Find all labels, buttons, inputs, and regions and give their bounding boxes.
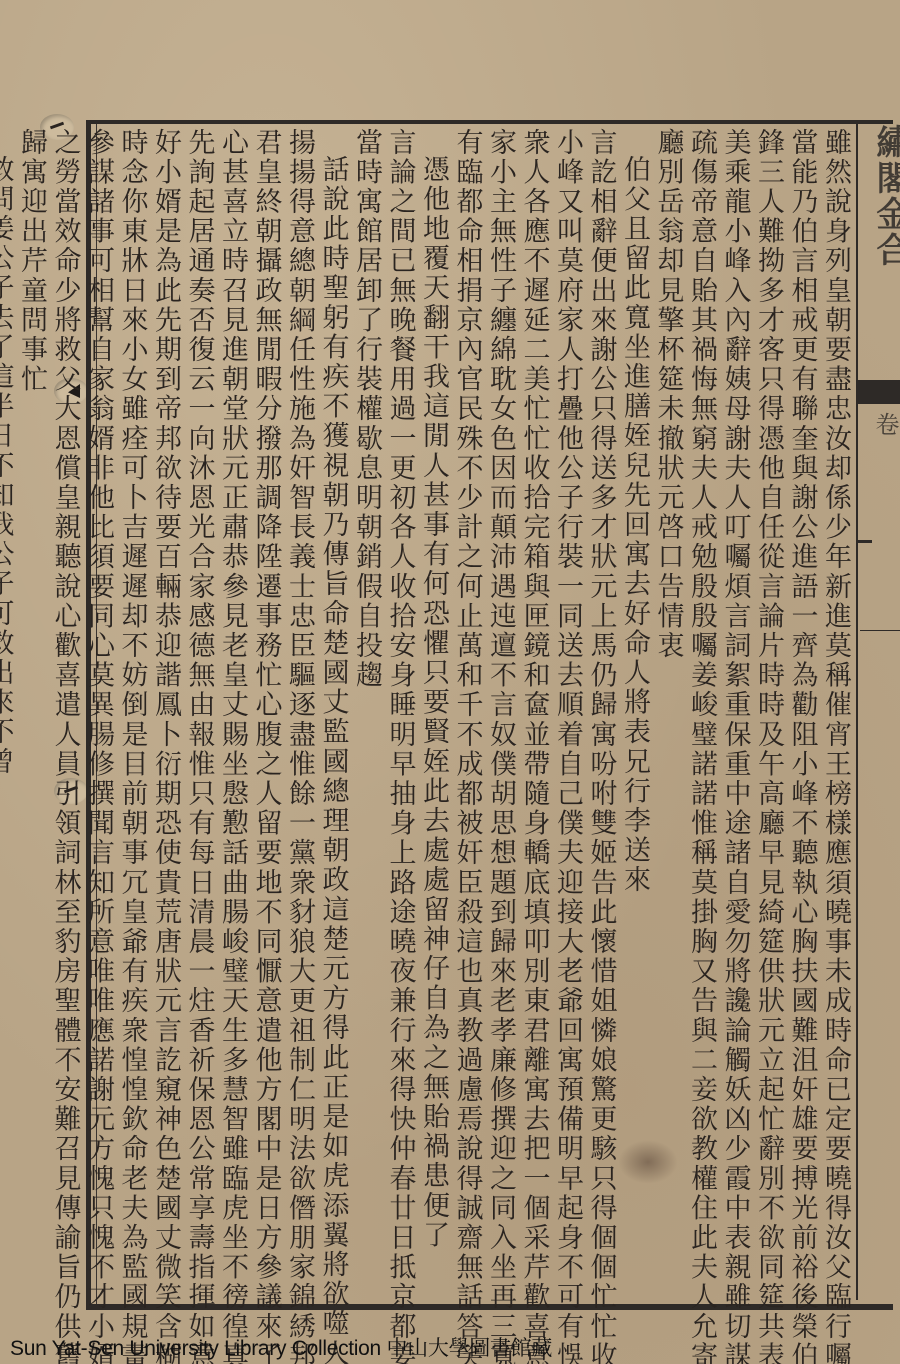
text-body: 雖然說身列皇朝要盡忠汝却係少年新進莫稱催宵王榜樣應須曉事未成時命已定要曉得汝父臨… xyxy=(96,128,852,1294)
spine-tick-mark xyxy=(858,540,872,543)
spine-title: 繡閣金合 xyxy=(866,124,900,268)
text-column: 疏傷帝意自貽其禍悔無窮夫人戒勉殷殷囑姜峻璧諾諾惟稱莫掛胸又告與二妾欲教權住此夫人… xyxy=(685,128,719,1294)
paper-stain xyxy=(618,1140,678,1184)
text-column: 之勞當效命少將救父大恩償皇親聽說心歡喜遣人員引領詞林至豹房聖體不安難召見傳諭旨仍… xyxy=(48,128,82,1294)
text-column: 伯父且留此寬坐進膳姪兒先回寓去好命人將表兄行李送來 xyxy=(618,128,652,1294)
text-column: 先詢起居通奏否復云一向沐恩光合家感德無由報惟只有每日清晨一炷香祈保恩公常享壽指揮… xyxy=(182,128,216,1294)
text-column: 參謀諸事可相幫自家翁婿非他比須要同心莫異腸修撰聞言知所意唯唯應諾謝元方愧只愧不才… xyxy=(82,128,116,1294)
text-column: 心甚喜立時召見進朝堂狀元正肅恭參見老皇丈賜坐慇懃話曲腸峻璧天生多慧智雖臨虎坐不徬… xyxy=(216,128,250,1294)
text-column: 時念你東牀日來小女雖痊可卜吉遲遲却不妨倒是目前朝事冗皇爺有疾衆惶惶欽命老夫為監國… xyxy=(115,128,149,1294)
text-column: 當時寓館居卸了行裝權歇息明朝銷假自投趨 xyxy=(350,128,384,1294)
text-column: 小峰又叫莫府家人打疊他公子行裝一同送去順着自己僕夫迎接大老爺回寓預備明早起身不可… xyxy=(551,128,585,1294)
text-column: 美乘龍小峰入內辭姨母謝夫人叮囑煩言詞絮重保重中途諸自愛勿將讒論觸妖凶少霞中表親雖… xyxy=(718,128,752,1294)
text-column: 揚揚得意總朝綱任性施為奸智長義士忠臣驅逐盡惟餘一黨衆豺狼大更祖制仁明法欲僭朋家錦… xyxy=(283,128,317,1294)
text-column: 有臨都命相捐京內官民殊不少計之何止萬和千不成都被奸臣殺這也真教過慮焉說得誠齋無話… xyxy=(450,128,484,1294)
text-column: 衆人各應不遲延二美忙忙收拾完箱與匣鏡和奩並帶隨身轎底填叩別東君離寓去把一個采芹歡… xyxy=(517,128,551,1294)
text-column: 好小婿是為此先期到帝邦欲待要百輛恭迎諧鳳卜衍期恐使貴荒唐狀元言訖窺神色楚國丈微笑… xyxy=(149,128,183,1294)
spine-divider xyxy=(860,460,900,631)
spine-volume: 卷 xyxy=(868,412,900,436)
collection-watermark: Sun Yat-Sen University Library Collectio… xyxy=(10,1332,552,1362)
text-column: 鋒三人難拗多才客只得憑他自任從言論片時時及午高廳早見綺筵供狀元立起忙辭別不欲同筵… xyxy=(752,128,786,1294)
text-column: 歸寓迎出芹童問事忙 xyxy=(15,128,49,1294)
text-column: 君皇終朝攝政無閒暇分撥那調降陞遷事務忙心腹之人留要地不同懨意遣他方閣中是日方參議… xyxy=(249,128,283,1294)
text-column: 家小主無性子纏綿耽女色因而顛沛遇迍邅不言奴僕胡思想題到歸來老孝廉修撰迎之同入坐再… xyxy=(484,128,518,1294)
spine-column: 繡閣金合 卷 xyxy=(856,120,900,1300)
scanned-book-page: 繡閣金合 卷 雖然說身列皇朝要盡忠汝却係少年新進莫稱催宵王榜樣應須曉事未成時命已… xyxy=(0,0,900,1364)
text-column: 廳別岳翁却見擎杯筵未撤狀元啓口告情衷 xyxy=(651,128,685,1294)
text-column: 雖然說身列皇朝要盡忠汝却係少年新進莫稱催宵王榜樣應須曉事未成時命已定要曉得汝父臨… xyxy=(819,128,853,1294)
fishtail-mark xyxy=(858,380,900,404)
text-column: 憑他地覆天翻干我這閒人甚事有何恐懼只要賢姪此去處處留神仔自為之無貽禍患便了 xyxy=(417,128,451,1294)
text-column: 言論之間已無晚餐用過一更初各人收拾安身睡明早抽身上路途曉夜兼行來得快仲春廿日抵京… xyxy=(383,128,417,1294)
text-column: 言訖相辭便出來謝公只得送多才狀元上馬仍歸寓吩咐雙姬告此懷惜姐憐娘驚更駭只得個個忙… xyxy=(584,128,618,1294)
text-column: 當能乃伯言相戒更有聯奎與謝公進語一齊為勸阻小峰不聽執心胸扶國難沮奸雄要搏光前裕後… xyxy=(785,128,819,1294)
text-column: 敢問姜公子去了這半日不知我公子可救出來不曾 xyxy=(0,128,15,1294)
text-column: 話說此時聖躬有疾不獲視朝乃傳旨命楚國丈監國總理朝政這楚元方得此正是如虎添翼將欲噬… xyxy=(316,128,350,1294)
